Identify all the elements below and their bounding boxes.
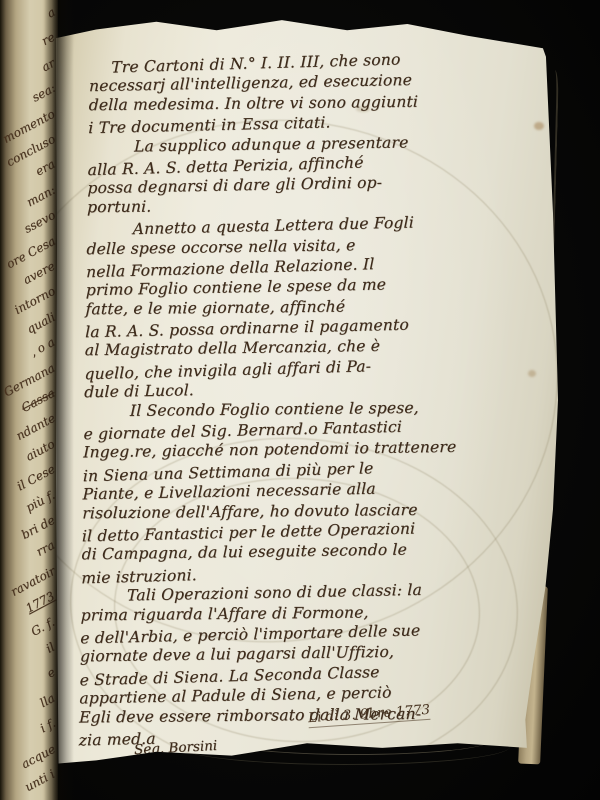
facing-page-fragment: lla (38, 691, 58, 710)
facing-page-fragment: quali (24, 310, 57, 337)
facing-page-fragment: e (44, 665, 57, 681)
facing-page-fragment: , o a (28, 335, 57, 359)
facing-page-fragment: man: (24, 183, 57, 210)
facing-page-fragment: il (44, 640, 57, 656)
manuscript-text: Tre Cartoni di N.° I. II. III, che sonon… (79, 48, 538, 750)
facing-page-fragment: a (44, 5, 57, 21)
facing-page-fragment: ssevo (21, 208, 57, 236)
facing-page-fragment: sea: (29, 81, 57, 105)
facing-page-fragment: più f. (23, 487, 57, 514)
facing-page-fragment: 1773 (24, 589, 58, 616)
facing-page-fragment: avere (21, 259, 57, 287)
facing-page-fragment: ar (39, 56, 57, 74)
facing-page-fragment: bri de (19, 513, 57, 542)
facing-page-fragment: i f. (37, 716, 57, 736)
facing-page-fragment: aiuto (24, 437, 58, 464)
facing-page-fragment: re (39, 30, 57, 48)
facing-page-fragment: unti i (23, 767, 58, 794)
facing-page-fragment: acque (19, 741, 58, 770)
facing-page-fragment: G. f. (29, 614, 57, 638)
manuscript-page: Tre Cartoni di N.° I. II. III, che sonon… (56, 10, 558, 790)
facing-page-edge: arearsea:momentoconclusoeraman:ssevoore … (0, 0, 58, 800)
facing-page-fragment: rra (34, 538, 57, 559)
facing-page-fragment: era (33, 157, 57, 179)
manuscript-photo: arearsea:momentoconclusoeraman:ssevoore … (0, 0, 600, 800)
